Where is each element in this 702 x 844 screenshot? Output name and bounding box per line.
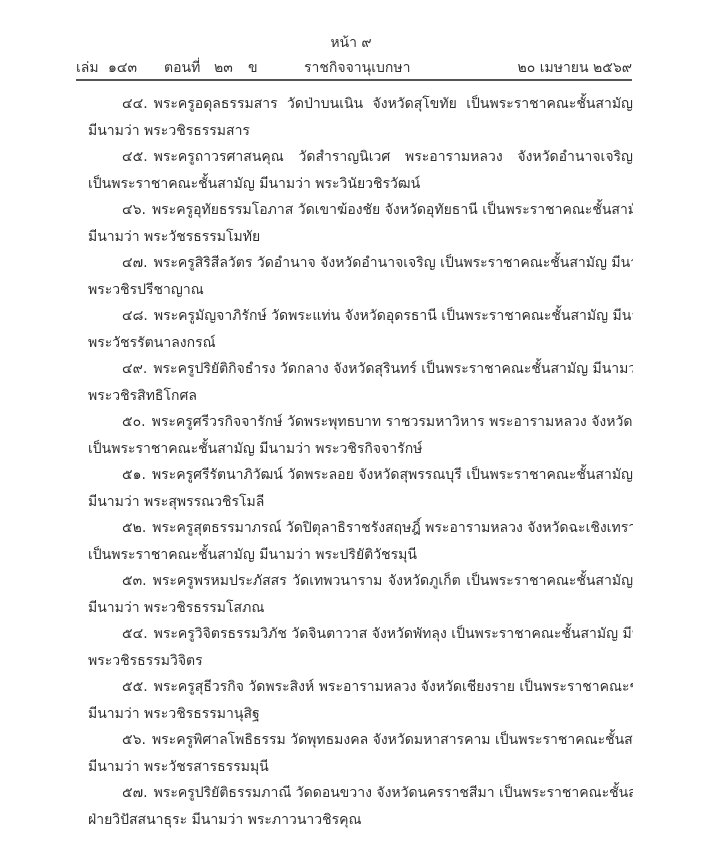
- entry-continuation: พระวชิรสิทธิโกศล: [88, 383, 633, 410]
- entry-first-line: ๕๕.พระครูสุธีวรกิจ วัดพระสิงห์ พระอารามห…: [88, 674, 633, 701]
- entry-continuation: มีนามว่า พระวชิรธรรมานุสิฐ: [88, 701, 633, 728]
- entry-number: ๔๘.: [122, 308, 148, 324]
- entry-number: ๕๓.: [122, 573, 147, 589]
- entry-number: ๕๖.: [122, 732, 146, 748]
- publication-title: ราชกิจจานุเบกษา: [304, 57, 410, 79]
- entry-text: พระครูปริยัติธรรมภาณี วัดดอนขวาง จังหวัด…: [154, 785, 633, 801]
- running-header: เล่ม ๑๔๓ ตอนที่ ๒๓ ข ราชกิจจานุเบกษา ๒๐ …: [76, 57, 632, 81]
- entry-number: ๕๔.: [122, 626, 148, 642]
- list-item: ๕๔.พระครูวิจิตรธรรมวิภัช วัดจินตาวาส จัง…: [88, 621, 633, 674]
- entry-list: ๔๔.พระครูอดุลธรรมสาร วัดป่าบนเนิน จังหวั…: [88, 91, 633, 833]
- entry-continuation: มีนามว่า พระวชิรธรรมสาร: [88, 118, 633, 145]
- entry-number: ๔๕.: [122, 149, 148, 165]
- entry-first-line: ๕๒.พระครูสุตธรรมาภรณ์ วัดปิตุลาธิราชรังส…: [88, 515, 633, 542]
- list-item: ๕๖.พระครูพิศาลโพธิธรรม วัดพุทธมงคล จังหว…: [88, 727, 633, 780]
- entry-number: ๕๕.: [122, 679, 148, 695]
- entry-first-line: ๕๐.พระครูศรีวรกิจจารักษ์ วัดพระพุทธบาท ร…: [88, 409, 633, 436]
- entry-first-line: ๔๕.พระครูถาวรศาสนคุณ วัดสำราญนิเวศ พระอา…: [88, 144, 633, 171]
- entry-first-line: ๕๗.พระครูปริยัติธรรมภาณี วัดดอนขวาง จังห…: [88, 780, 633, 807]
- entry-continuation: มีนามว่า พระสุพรรณวชิรโมลี: [88, 489, 633, 516]
- entry-first-line: ๕๓.พระครูพรหมประภัสสร วัดเทพวนาราม จังหว…: [88, 568, 633, 595]
- publication-date: ๒๐ เมษายน ๒๕๖๙: [517, 57, 632, 79]
- entry-continuation: ฝ่ายวิปัสสนาธุระ มีนามว่า พระภาวนาวชิรคุ…: [88, 807, 633, 834]
- volume-label: เล่ม: [76, 57, 99, 79]
- entry-first-line: ๕๖.พระครูพิศาลโพธิธรรม วัดพุทธมงคล จังหว…: [88, 727, 633, 754]
- entry-number: ๕๐.: [122, 414, 146, 430]
- entry-number: ๔๗.: [122, 255, 148, 271]
- entry-number: ๔๖.: [122, 202, 146, 218]
- entry-text: พระครูศรีวรกิจจารักษ์ วัดพระพุทธบาท ราชว…: [152, 414, 633, 430]
- entry-first-line: ๔๔.พระครูอดุลธรรมสาร วัดป่าบนเนิน จังหวั…: [88, 91, 633, 118]
- list-item: ๕๑.พระครูศรีรัตนาภิวัฒน์ วัดพระลอย จังหว…: [88, 462, 633, 515]
- entry-text: พระครูสุตธรรมาภรณ์ วัดปิตุลาธิราชรังสฤษฎ…: [152, 520, 633, 536]
- list-item: ๕๗.พระครูปริยัติธรรมภาณี วัดดอนขวาง จังห…: [88, 780, 633, 833]
- list-item: ๔๔.พระครูอดุลธรรมสาร วัดป่าบนเนิน จังหวั…: [88, 91, 633, 144]
- entry-text: พระครูอุทัยธรรมโอภาส วัดเขาฆ้องชัย จังหว…: [152, 202, 633, 218]
- entry-first-line: ๔๘.พระครูมัญจาภิรักษ์ วัดพระแท่น จังหวัด…: [88, 303, 633, 330]
- entry-text: พระครูสิริสีลวัตร วัดอำนาจ จังหวัดอำนาจเ…: [154, 255, 633, 271]
- list-item: ๔๕.พระครูถาวรศาสนคุณ วัดสำราญนิเวศ พระอา…: [88, 144, 633, 197]
- entry-text: พระครูศรีรัตนาภิวัฒน์ วัดพระลอย จังหวัดส…: [152, 467, 633, 483]
- section-letter: ข: [248, 57, 258, 79]
- entry-continuation: เป็นพระราชาคณะชั้นสามัญ มีนามว่า พระวชิร…: [88, 436, 633, 463]
- entry-text: พระครูพรหมประภัสสร วัดเทพวนาราม จังหวัดภ…: [153, 573, 633, 589]
- entry-first-line: ๕๔.พระครูวิจิตรธรรมวิภัช วัดจินตาวาส จัง…: [88, 621, 633, 648]
- entry-first-line: ๔๖.พระครูอุทัยธรรมโอภาส วัดเขาฆ้องชัย จั…: [88, 197, 633, 224]
- entry-text: พระครูถาวรศาสนคุณ วัดสำราญนิเวศ พระอาราม…: [154, 149, 633, 165]
- entry-number: ๕๒.: [122, 520, 146, 536]
- list-item: ๔๘.พระครูมัญจาภิรักษ์ วัดพระแท่น จังหวัด…: [88, 303, 633, 356]
- entry-text: พระครูวิจิตรธรรมวิภัช วัดจินตาวาส จังหวั…: [154, 626, 633, 642]
- entry-continuation: มีนามว่า พระวัชรสารธรรมมุนี: [88, 754, 633, 781]
- entry-text: พระครูสุธีวรกิจ วัดพระสิงห์ พระอารามหลวง…: [154, 679, 633, 695]
- entry-first-line: ๕๑.พระครูศรีรัตนาภิวัฒน์ วัดพระลอย จังหว…: [88, 462, 633, 489]
- entry-continuation: พระวัชรรัตนาลงกรณ์: [88, 330, 633, 357]
- list-item: ๕๐.พระครูศรีวรกิจจารักษ์ วัดพระพุทธบาท ร…: [88, 409, 633, 462]
- entry-number: ๕๗.: [122, 785, 148, 801]
- entry-number: ๕๑.: [122, 467, 146, 483]
- page-number: หน้า ๙: [0, 33, 702, 53]
- list-item: ๕๓.พระครูพรหมประภัสสร วัดเทพวนาราม จังหว…: [88, 568, 633, 621]
- entry-continuation: พระวชิรปรีชาญาณ: [88, 277, 633, 304]
- entry-text: พระครูพิศาลโพธิธรรม วัดพุทธมงคล จังหวัดม…: [152, 732, 633, 748]
- volume-number: ๑๔๓: [108, 57, 137, 79]
- issue-label: ตอนที่: [164, 57, 200, 79]
- entry-first-line: ๔๗.พระครูสิริสีลวัตร วัดอำนาจ จังหวัดอำน…: [88, 250, 633, 277]
- entry-number: ๔๙.: [122, 361, 147, 377]
- list-item: ๔๖.พระครูอุทัยธรรมโอภาส วัดเขาฆ้องชัย จั…: [88, 197, 633, 250]
- issue-number: ๒๓: [214, 57, 233, 79]
- list-item: ๕๒.พระครูสุตธรรมาภรณ์ วัดปิตุลาธิราชรังส…: [88, 515, 633, 568]
- entry-continuation: มีนามว่า พระวชิรธรรมโสภณ: [88, 595, 633, 622]
- entry-continuation: เป็นพระราชาคณะชั้นสามัญ มีนามว่า พระปริย…: [88, 542, 633, 569]
- entry-first-line: ๔๙.พระครูปริยัติกิจธำรง วัดกลาง จังหวัดส…: [88, 356, 633, 383]
- entry-continuation: เป็นพระราชาคณะชั้นสามัญ มีนามว่า พระวินั…: [88, 171, 633, 198]
- entry-text: พระครูปริยัติกิจธำรง วัดกลาง จังหวัดสุริ…: [153, 361, 633, 377]
- entry-continuation: พระวชิรธรรมวิจิตร: [88, 648, 633, 675]
- entry-continuation: มีนามว่า พระวัชรธรรมโมทัย: [88, 224, 633, 251]
- entry-number: ๔๔.: [122, 96, 148, 112]
- entry-text: พระครูอดุลธรรมสาร วัดป่าบนเนิน จังหวัดสุ…: [154, 96, 633, 112]
- list-item: ๕๕.พระครูสุธีวรกิจ วัดพระสิงห์ พระอารามห…: [88, 674, 633, 727]
- list-item: ๔๗.พระครูสิริสีลวัตร วัดอำนาจ จังหวัดอำน…: [88, 250, 633, 303]
- entry-text: พระครูมัญจาภิรักษ์ วัดพระแท่น จังหวัดอุด…: [154, 308, 633, 324]
- list-item: ๔๙.พระครูปริยัติกิจธำรง วัดกลาง จังหวัดส…: [88, 356, 633, 409]
